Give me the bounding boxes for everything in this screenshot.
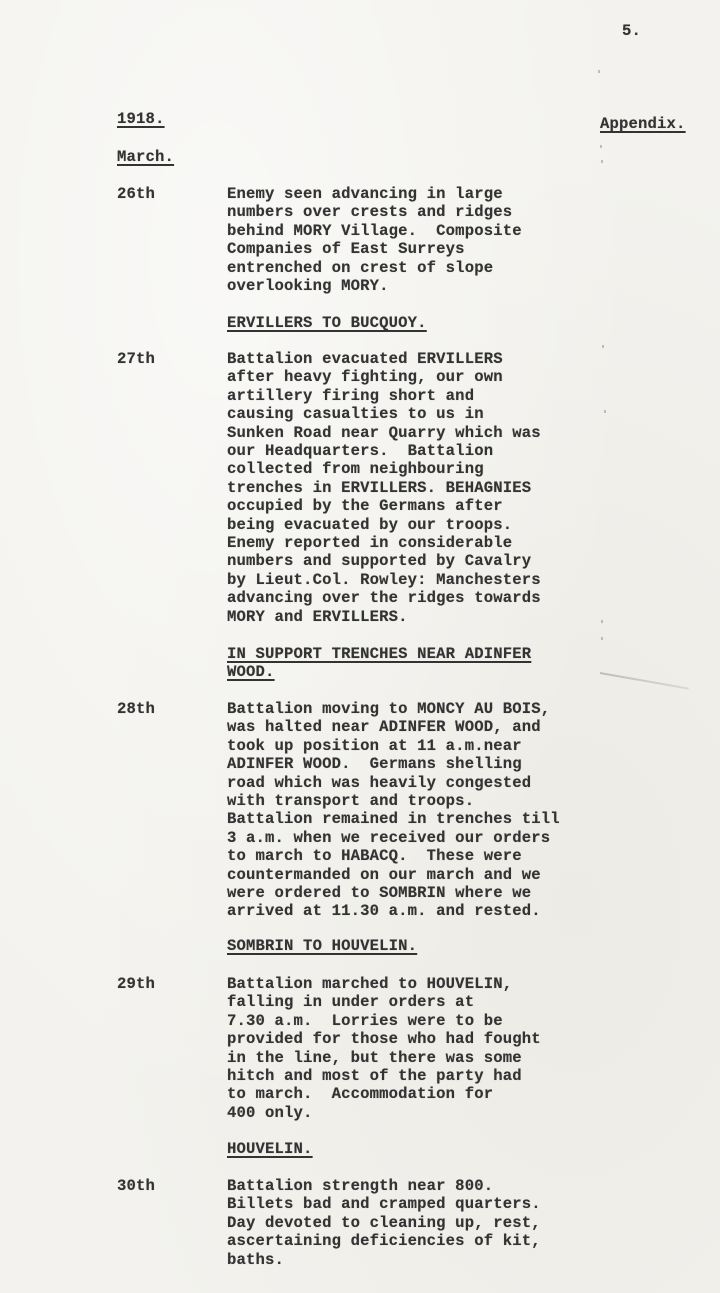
page-number: 5. (622, 22, 641, 40)
paper-speck (601, 637, 603, 640)
text-line: Battalion evacuated ERVILLERS (227, 350, 541, 368)
text-line: our Headquarters. Battalion (227, 442, 541, 460)
text-line: Battalion moving to MONCY AU BOIS, (227, 700, 560, 718)
entry-date: 30th (117, 1177, 155, 1195)
section-heading: IN SUPPORT TRENCHES NEAR ADINFER WOOD. (227, 645, 531, 682)
text-line: provided for those who had fought (227, 1030, 541, 1048)
text-line: Battalion remained in trenches till (227, 810, 560, 828)
text-line: 3 a.m. when we received our orders (227, 829, 560, 847)
text-line: Battalion marched to HOUVELIN, (227, 975, 541, 993)
typewritten-page: 5. 1918. Appendix. March. 26th Enemy see… (0, 0, 720, 1293)
paper-speck (601, 160, 603, 163)
text-line: took up position at 11 a.m.near (227, 737, 560, 755)
text-line: baths. (227, 1251, 541, 1269)
entry-date: 26th (117, 185, 155, 203)
entry-text: Battalion moving to MONCY AU BOIS, was h… (227, 700, 560, 921)
paper-speck (604, 410, 606, 413)
text-line: Billets bad and cramped quarters. (227, 1195, 541, 1213)
text-line: behind MORY Village. Composite (227, 222, 522, 240)
text-line: 400 only. (227, 1104, 541, 1122)
text-line: Battalion strength near 800. (227, 1177, 541, 1195)
text-line: Enemy reported in considerable (227, 534, 541, 552)
text-line: occupied by the Germans after (227, 497, 541, 515)
section-heading: HOUVELIN. (227, 1140, 313, 1158)
entry-text: Battalion strength near 800. Billets bad… (227, 1177, 541, 1269)
text-line: with transport and troops. (227, 792, 560, 810)
text-line: was halted near ADINFER WOOD, and (227, 718, 560, 736)
text-line: to march. Accommodation for (227, 1085, 541, 1103)
heading-line: WOOD. (227, 663, 531, 681)
text-line: to march to HABACQ. These were (227, 847, 560, 865)
text-line: causing casualties to us in (227, 405, 541, 423)
text-line: were ordered to SOMBRIN where we (227, 884, 560, 902)
text-line: collected from neighbouring (227, 460, 541, 478)
paper-speck (602, 345, 604, 348)
text-line: artillery firing short and (227, 387, 541, 405)
text-line: numbers over crests and ridges (227, 203, 522, 221)
text-line: arrived at 11.30 a.m. and rested. (227, 902, 560, 920)
entry-text: Battalion evacuated ERVILLERS after heav… (227, 350, 541, 626)
text-line: hitch and most of the party had (227, 1067, 541, 1085)
text-line: Day devoted to cleaning up, rest, (227, 1214, 541, 1232)
entry-date: 28th (117, 700, 155, 718)
text-line: after heavy fighting, our own (227, 368, 541, 386)
text-line: advancing over the ridges towards (227, 589, 541, 607)
year-heading: 1918. (117, 110, 165, 128)
text-line: ascertaining deficiencies of kit, (227, 1232, 541, 1250)
text-line: MORY and ERVILLERS. (227, 608, 541, 626)
section-heading: SOMBRIN TO HOUVELIN. (227, 937, 417, 955)
text-line: being evacuated by our troops. (227, 516, 541, 534)
text-line: by Lieut.Col. Rowley: Manchesters (227, 571, 541, 589)
month-heading: March. (117, 148, 174, 166)
entry-text: Battalion marched to HOUVELIN, falling i… (227, 975, 541, 1122)
text-line: Enemy seen advancing in large (227, 185, 522, 203)
text-line: entrenched on crest of slope (227, 259, 522, 277)
heading-line: IN SUPPORT TRENCHES NEAR ADINFER (227, 645, 531, 663)
pencil-mark (600, 672, 689, 690)
paper-speck (598, 70, 600, 73)
text-line: Companies of East Surreys (227, 240, 522, 258)
paper-speck (601, 620, 603, 623)
text-line: 7.30 a.m. Lorries were to be (227, 1012, 541, 1030)
paper-speck (600, 145, 602, 148)
entry-date: 29th (117, 975, 155, 993)
text-line: trenches in ERVILLERS. BEHAGNIES (227, 479, 541, 497)
entry-date: 27th (117, 350, 155, 368)
text-line: ADINFER WOOD. Germans shelling (227, 755, 560, 773)
text-line: road which was heavily congested (227, 774, 560, 792)
text-line: overlooking MORY. (227, 277, 522, 295)
text-line: numbers and supported by Cavalry (227, 552, 541, 570)
text-line: falling in under orders at (227, 993, 541, 1011)
text-line: Sunken Road near Quarry which was (227, 424, 541, 442)
appendix-heading: Appendix. (600, 115, 686, 133)
entry-text: Enemy seen advancing in large numbers ov… (227, 185, 522, 295)
section-heading: ERVILLERS TO BUCQUOY. (227, 314, 427, 332)
text-line: in the line, but there was some (227, 1049, 541, 1067)
text-line: countermanded on our march and we (227, 866, 560, 884)
